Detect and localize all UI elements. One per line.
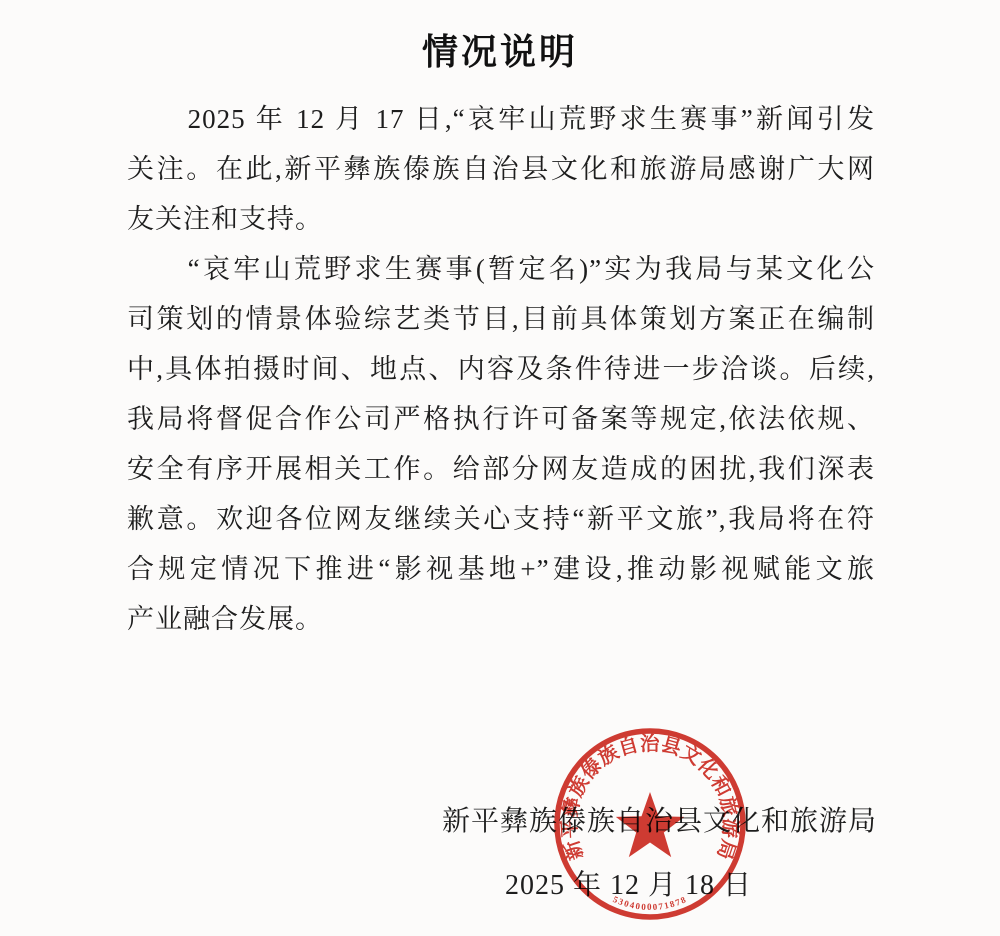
text-line: 我局将督促合作公司严格执行许可备案等规定,依法依规、 bbox=[127, 394, 875, 444]
text-line: 歉意。欢迎各位网友继续关心支持“新平文旅”,我局将在符 bbox=[127, 494, 875, 544]
text-line: 合规定情况下推进“影视基地+”建设,推动影视赋能文旅 bbox=[127, 544, 875, 594]
document-body: 2025 年 12 月 17 日,“哀牢山荒野求生赛事”新闻引发关注。在此,新平… bbox=[127, 94, 875, 644]
page-title: 情况说明 bbox=[0, 24, 1000, 75]
text-line: “哀牢山荒野求生赛事(暂定名)”实为我局与某文化公 bbox=[127, 244, 875, 294]
signature-line: 新平彝族傣族自治县文化和旅游局 bbox=[442, 799, 877, 839]
text-line: 中,具体拍摄时间、地点、内容及条件待进一步洽谈。后续, bbox=[127, 344, 875, 394]
seal-arc-text: 新平彝族傣族自治县文化和旅游局 bbox=[558, 732, 742, 863]
text-line: 2025 年 12 月 17 日,“哀牢山荒野求生赛事”新闻引发 bbox=[127, 94, 875, 144]
text-line: 司策划的情景体验综艺类节目,目前具体策划方案正在编制 bbox=[127, 294, 875, 344]
paragraph-2: “哀牢山荒野求生赛事(暂定名)”实为我局与某文化公司策划的情景体验综艺类节目,目… bbox=[127, 244, 875, 644]
text-line: 产业融合发展。 bbox=[127, 594, 875, 644]
text-line: 友关注和支持。 bbox=[127, 194, 875, 244]
paragraph-1: 2025 年 12 月 17 日,“哀牢山荒野求生赛事”新闻引发关注。在此,新平… bbox=[127, 94, 875, 244]
date-line: 2025 年 12 月 18 日 bbox=[505, 863, 752, 903]
statement-document: 情况说明 2025 年 12 月 17 日,“哀牢山荒野求生赛事”新闻引发关注。… bbox=[0, 0, 1000, 936]
text-line: 关注。在此,新平彝族傣族自治县文化和旅游局感谢广大网 bbox=[127, 144, 875, 194]
text-line: 安全有序开展相关工作。给部分网友造成的困扰,我们深表 bbox=[127, 444, 875, 494]
